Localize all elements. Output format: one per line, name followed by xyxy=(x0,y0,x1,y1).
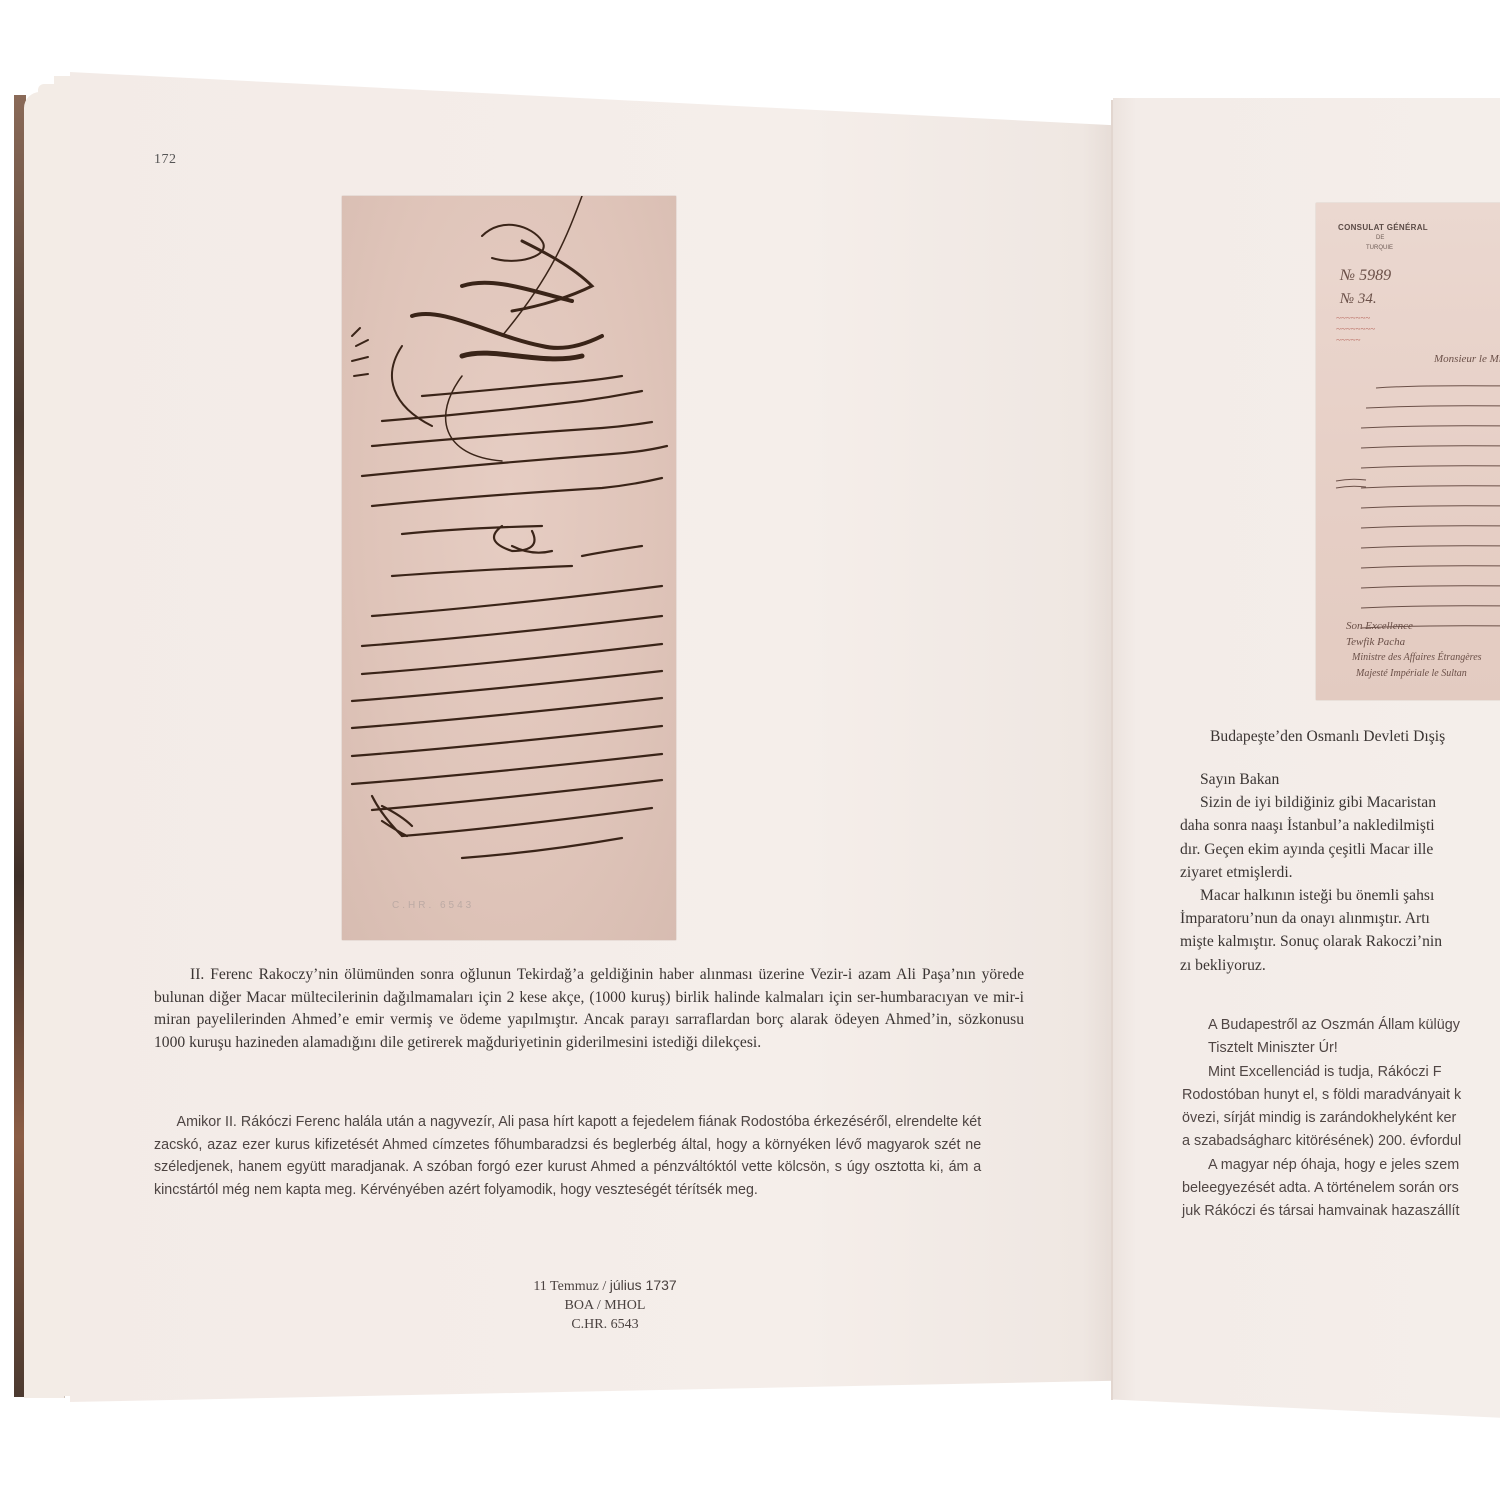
text-line: Mint Excellenciád is tudja, Rákóczi F xyxy=(1182,1061,1500,1084)
text-line: juk Rákóczi és társai hamvainak hazaszál… xyxy=(1182,1200,1500,1223)
text-line: İmparatoru’nun da onayı alınmıştır. Artı xyxy=(1180,907,1500,930)
text-line: zı bekliyoruz. xyxy=(1180,954,1500,977)
text-line: övezi, sírját mindig is zarándokhelyként… xyxy=(1182,1107,1500,1130)
text-line: beleegyezését adta. A történelem során o… xyxy=(1182,1177,1500,1200)
text-line: Sizin de iyi bildiğiniz gibi Macaristan xyxy=(1180,791,1500,814)
text-line: ziyaret etmişlerdi. xyxy=(1180,861,1500,884)
consulate-letter-image: CONSULAT GÉNÉRAL DE TURQUIE № 5989 № 34.… xyxy=(1316,203,1500,700)
letter-salutation: Monsieur le Ministre xyxy=(1434,353,1500,365)
letter-number-1: № 5989 xyxy=(1340,267,1391,285)
text-line: a szabadságharc kitörésének) 200. évford… xyxy=(1182,1130,1500,1153)
letterhead-title: CONSULAT GÉNÉRAL xyxy=(1338,223,1428,232)
archive-reference: C.HR. 6543 xyxy=(480,1315,730,1334)
letter-closing-2: Tewfik Pacha xyxy=(1346,636,1405,648)
letterhead-country: TURQUIE xyxy=(1366,245,1393,251)
letterhead-de: DE xyxy=(1376,235,1384,241)
source-date: 11 Temmuz / július 1737 xyxy=(480,1276,730,1296)
text-line: mişte kalmıştır. Sonuç olarak Rakoczi’ni… xyxy=(1180,930,1500,953)
letter-closing-3: Ministre des Affaires Étrangères xyxy=(1352,652,1482,663)
text-line: A magyar nép óhaja, hogy e jeles szem xyxy=(1182,1154,1500,1177)
archive-name: BOA / MHOL xyxy=(480,1296,730,1315)
caption-turkish: II. Ferenc Rakoczy’nin ölümünden sonra o… xyxy=(154,964,1024,1054)
book-gutter xyxy=(1111,100,1113,1400)
letter-handwriting-lines xyxy=(1316,373,1500,753)
caption-turkish-text: II. Ferenc Rakoczy’nin ölümünden sonra o… xyxy=(154,964,1024,1054)
date-hungarian: július 1737 xyxy=(610,1277,677,1293)
text-line: dır. Geçen ekim ayında çeşitli Macar ill… xyxy=(1180,838,1500,861)
text-line: daha sonra naaşı İstanbul’a nakledilmişt… xyxy=(1180,814,1500,837)
caption-hungarian-text: Amikor II. Rákóczi Ferenc halála után a … xyxy=(154,1111,981,1201)
catalog-pencil-mark: C.HR. 6543 xyxy=(392,900,474,911)
ottoman-manuscript-image: C.HR. 6543 xyxy=(342,196,676,940)
letter-red-annotation: ~~~~~~~~~~~~~~~~~~~~ xyxy=(1336,313,1375,346)
open-book: 172 xyxy=(0,0,1500,1500)
caption-hungarian: Amikor II. Rákóczi Ferenc halála után a … xyxy=(154,1111,981,1201)
text-line: Macar halkının isteği bu önemli şahsı xyxy=(1180,884,1500,907)
text-line: Sayın Bakan xyxy=(1180,768,1500,791)
manuscript-script-illustration xyxy=(342,196,676,940)
right-image-caption: Budapeşte’den Osmanlı Devleti Dışiş xyxy=(1210,728,1445,746)
text-line: A Budapestről az Oszmán Állam külügy xyxy=(1182,1014,1500,1037)
right-hungarian-text: A Budapestről az Oszmán Állam külügy Tis… xyxy=(1182,1014,1500,1224)
date-turkish: 11 Temmuz / xyxy=(533,1279,606,1294)
letter-number-2: № 34. xyxy=(1340,291,1377,308)
source-reference: 11 Temmuz / július 1737 BOA / MHOL C.HR.… xyxy=(480,1276,730,1334)
letter-closing-1: Son Excellence xyxy=(1346,620,1413,632)
text-line: Tisztelt Miniszter Úr! xyxy=(1182,1037,1500,1060)
right-turkish-text: Sayın Bakan Sizin de iyi bildiğiniz gibi… xyxy=(1180,768,1500,977)
page-number: 172 xyxy=(154,152,177,168)
text-line: Rodostóban hunyt el, s földi maradványai… xyxy=(1182,1084,1500,1107)
letter-closing-4: Majesté Impériale le Sultan xyxy=(1356,668,1467,679)
